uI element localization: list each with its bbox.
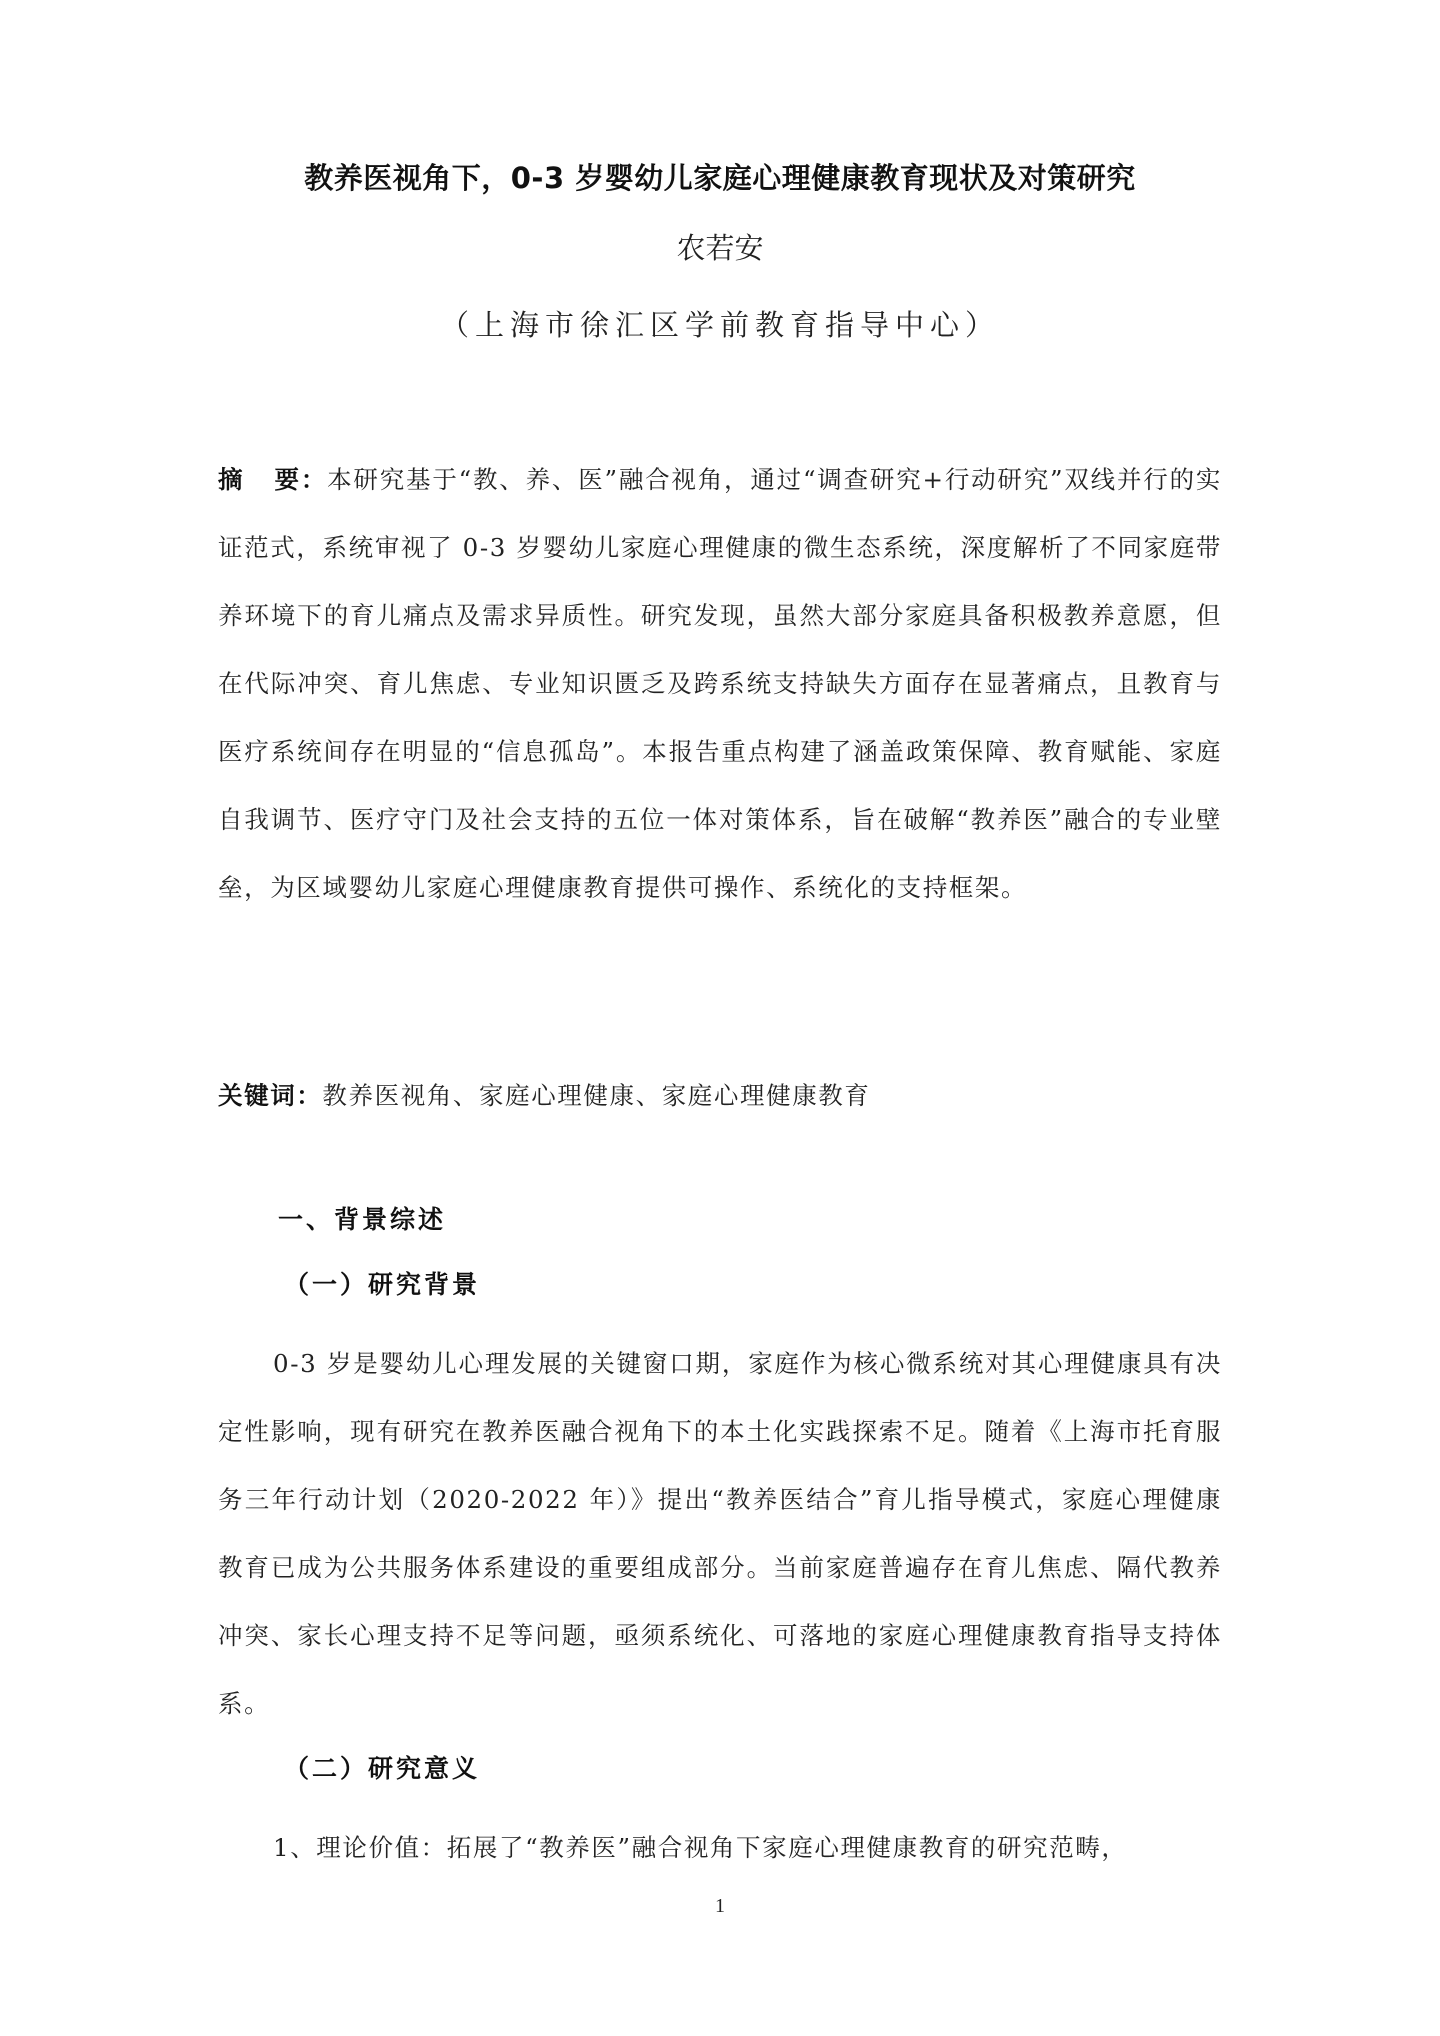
keywords-label: 关键词： xyxy=(218,1081,322,1110)
paragraph-theoretical-value: 1、理论价值：拓展了“教养医”融合视角下家庭心理健康教育的研究范畴， xyxy=(218,1814,1222,1882)
section-heading-background-review: 一、背景综述 xyxy=(278,1200,446,1236)
abstract-label-part2: 要： xyxy=(274,465,327,494)
paper-title: 教养医视角下，0-3 岁婴幼儿家庭心理健康教育现状及对策研究 xyxy=(0,156,1440,197)
page-number: 1 xyxy=(0,1895,1440,1918)
abstract: 摘要：本研究基于“教、养、医”融合视角，通过“调查研究+行动研究”双线并行的实证… xyxy=(218,446,1222,922)
abstract-label: 摘要： xyxy=(218,465,327,494)
author-affiliation: （上海市徐汇区学前教育指导中心） xyxy=(0,303,1440,344)
subsection-heading-research-background: （一）研究背景 xyxy=(284,1265,480,1301)
keywords: 关键词：教养医视角、家庭心理健康、家庭心理健康教育 xyxy=(218,1062,1222,1130)
keywords-text: 教养医视角、家庭心理健康、家庭心理健康教育 xyxy=(322,1081,870,1110)
subsection-heading-research-significance: （二）研究意义 xyxy=(284,1749,480,1785)
paragraph-research-background: 0-3 岁是婴幼儿心理发展的关键窗口期，家庭作为核心微系统对其心理健康具有决定性… xyxy=(218,1330,1222,1738)
abstract-text: 本研究基于“教、养、医”融合视角，通过“调查研究+行动研究”双线并行的实证范式，… xyxy=(218,465,1222,902)
author-name: 农若安 xyxy=(0,226,1440,267)
abstract-label-part1: 摘 xyxy=(218,465,244,494)
document-page: 教养医视角下，0-3 岁婴幼儿家庭心理健康教育现状及对策研究 农若安 （上海市徐… xyxy=(0,0,1440,2036)
